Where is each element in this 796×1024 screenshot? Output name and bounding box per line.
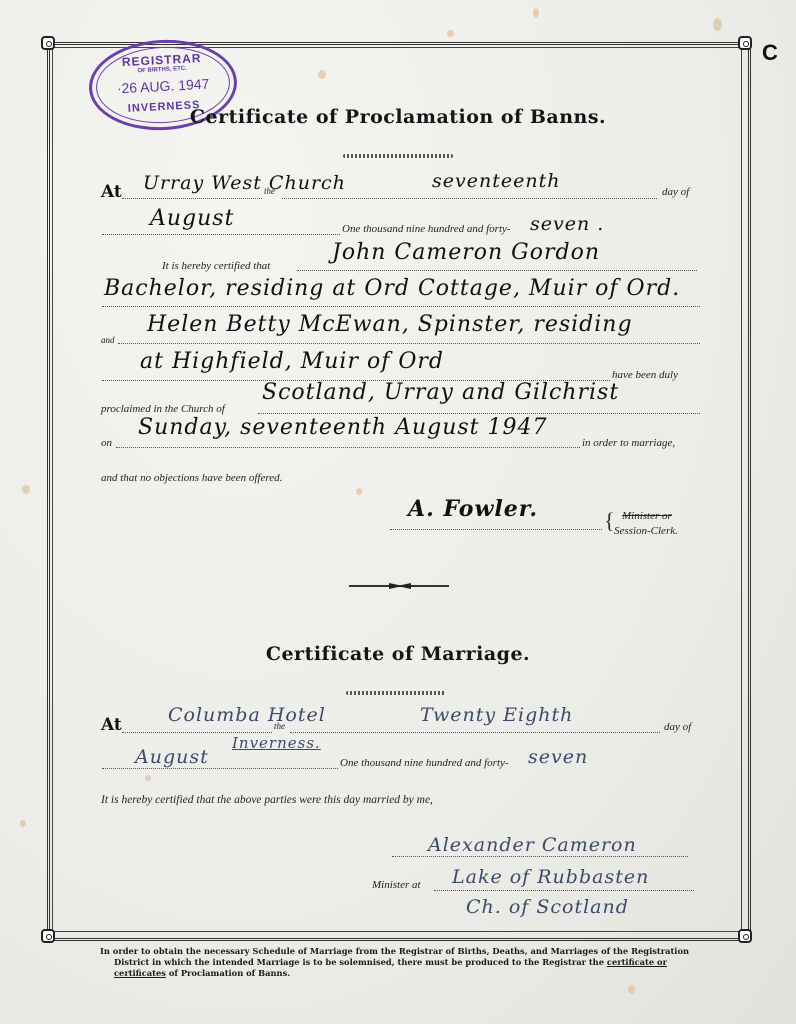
minister-at-label: Minister at (372, 879, 421, 891)
role-struck: Minister or (622, 510, 672, 522)
marriage-year: seven (528, 746, 588, 768)
groom-line (297, 270, 697, 271)
minister-signature: Alexander Cameron (428, 834, 637, 856)
certificate-page: C REGISTRAR OF BIRTHS, ETC. ·26 AUG. 194… (0, 0, 796, 1024)
section-divider (349, 585, 449, 587)
role-label: Session-Clerk. (614, 525, 678, 537)
stamp-date: ·26 AUG. 1947 (92, 74, 235, 97)
age-spot (713, 18, 722, 31)
order-label: in order to marriage, (582, 437, 675, 449)
day-of-label: day of (662, 186, 689, 198)
age-spot (533, 8, 539, 18)
corner-ornament-icon (41, 36, 55, 50)
age-spot (20, 820, 26, 827)
marriage-place-line (122, 732, 272, 733)
footer-text-end: of Proclamation of Banns. (166, 968, 290, 978)
banns-month: August (150, 206, 234, 231)
marriage-place-note: Inverness. (232, 734, 321, 752)
and-label: and (101, 335, 115, 345)
marriage-title: Certificate of Marriage. (0, 643, 796, 665)
title-flourish (346, 691, 446, 695)
year-label: One thousand nine hundred and forty- (340, 757, 509, 769)
corner-ornament-icon (738, 929, 752, 943)
the-label: the (264, 186, 275, 196)
title-flourish (343, 154, 453, 158)
parish-name: Lake of Rubbasten (452, 866, 649, 888)
year-label: One thousand nine hundred and forty- (342, 223, 511, 235)
parish-line (434, 890, 694, 891)
groom-detail: Bachelor, residing at Ord Cottage, Muir … (104, 276, 680, 301)
duly-label: have been duly (612, 369, 678, 381)
brace: { (604, 508, 615, 534)
marriage-day: Twenty Eighth (420, 704, 573, 726)
marriage-month-line (102, 768, 338, 769)
signature-line (390, 529, 602, 530)
banns-title: Certificate of Proclamation of Banns. (0, 106, 796, 128)
certified-label: It is hereby certified that (162, 260, 270, 272)
church-label: proclaimed in the Church of (101, 403, 225, 415)
no-objections-text: and that no objections have been offered… (101, 472, 282, 484)
form-letter: C (762, 40, 778, 66)
age-spot (22, 485, 30, 494)
bride-line (118, 343, 700, 344)
clerk-signature: A. Fowler. (408, 496, 538, 522)
proclamation-date: Sunday, seventeenth August 1947 (138, 415, 548, 440)
marriage-day-line (290, 732, 660, 733)
church-denomination: Ch. of Scotland (466, 896, 629, 918)
month-line (102, 234, 340, 235)
corner-ornament-icon (738, 36, 752, 50)
age-spot (447, 30, 454, 37)
at-label: At (101, 715, 122, 735)
footer-note: In order to obtain the necessary Schedul… (100, 946, 702, 979)
minister-signature-line (392, 856, 688, 857)
date-line (116, 447, 580, 448)
footer-text: In order to obtain the necessary Schedul… (100, 946, 689, 967)
bride-address: at Highfield, Muir of Ord (140, 349, 444, 374)
the-label: the (274, 721, 285, 731)
corner-ornament-icon (41, 929, 55, 943)
on-label: on (101, 437, 112, 449)
church-line (258, 413, 700, 414)
bride-name: Helen Betty McEwan, Spinster, residing (147, 312, 633, 337)
church-name: Scotland, Urray and Gilchrist (262, 380, 619, 405)
place-line (122, 198, 262, 199)
groom-detail-line (102, 306, 700, 307)
marriage-place: Columba Hotel (168, 704, 326, 726)
banns-day: seventeenth (432, 170, 560, 192)
day-of-label: day of (664, 721, 691, 733)
at-label: At (101, 182, 122, 202)
banns-year: seven . (530, 213, 604, 235)
day-line (282, 198, 657, 199)
married-certified-text: It is hereby certified that the above pa… (101, 794, 433, 806)
groom-name: John Cameron Gordon (332, 240, 600, 265)
banns-place: Urray West Church (143, 172, 346, 194)
marriage-month: August (135, 746, 209, 768)
age-spot (628, 985, 635, 994)
